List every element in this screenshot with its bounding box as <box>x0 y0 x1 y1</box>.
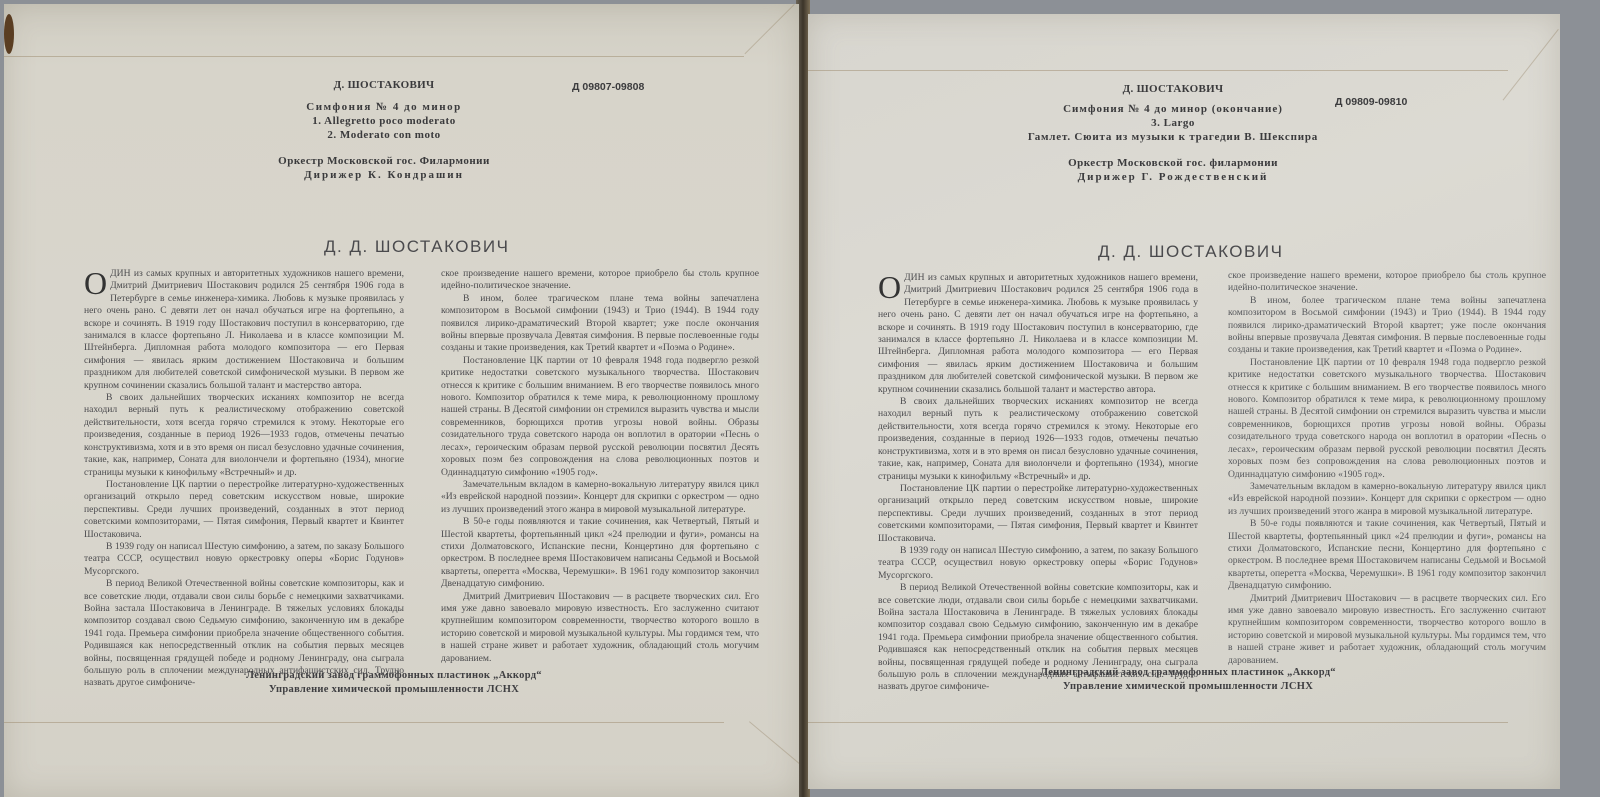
ministry: Управление химической промышленности ЛСН… <box>214 683 574 697</box>
paragraph: Постановление ЦК партии от 10 февраля 19… <box>441 355 759 479</box>
paragraph: Дмитрий Дмитриевич Шостакович — в расцве… <box>1228 593 1546 667</box>
manufacturer: Ленинградский завод граммофонных пластин… <box>214 669 574 683</box>
paragraph: В 1939 году он написал Шестую симфонию, … <box>878 545 1198 582</box>
paragraph: В ином, более трагическом плане тема вой… <box>1228 295 1546 357</box>
catalog-number: Д 09807-09808 <box>572 81 644 93</box>
paragraph: ОДИН из самых крупных и авторитетных худ… <box>878 272 1198 396</box>
article-column-2: ское произведение нашего времени, которо… <box>1228 270 1546 667</box>
paragraph: В своих дальнейших творческих исканиях к… <box>878 396 1198 483</box>
catalog-number: Д 09809-09810 <box>1335 96 1407 108</box>
flap-fold-line <box>808 722 1508 723</box>
flap-fold-line <box>4 56 744 57</box>
movement: 3. Largo <box>1008 116 1338 130</box>
paragraph: В 1939 году он написал Шестую симфонию, … <box>84 541 404 578</box>
orchestra: Оркестр Московской гос. филармонии <box>1008 156 1338 170</box>
paragraph: Замечательным вкладом в камерно-вокальну… <box>1228 481 1546 518</box>
right-record-sleeve: Д. ШОСТАКОВИЧ Симфония № 4 до минор (око… <box>808 14 1560 789</box>
manufacturer-footer: Ленинградский завод граммофонных пластин… <box>214 669 574 697</box>
ministry: Управление химической промышленности ЛСН… <box>1008 680 1368 694</box>
movement: 1. Allegretto poco moderato <box>234 114 534 128</box>
manufacturer-footer: Ленинградский завод граммофонных пластин… <box>1008 666 1368 694</box>
record-header: Д. ШОСТАКОВИЧ Симфония № 4 до минор 1. A… <box>234 78 534 182</box>
paragraph: Дмитрий Дмитриевич Шостакович — в расцве… <box>441 591 759 665</box>
paragraph: Постановление ЦК партии о перестройке ли… <box>84 479 404 541</box>
flap-fold-line <box>808 70 1508 71</box>
stain-mark <box>4 14 14 54</box>
conductor: Дирижер К. Кондрашин <box>234 168 534 182</box>
paragraph: В 50-е годы появляются и такие сочинения… <box>1228 518 1546 592</box>
composer-name: Д. ШОСТАКОВИЧ <box>1008 82 1338 96</box>
paragraph: ОДИН из самых крупных и авторитетных худ… <box>84 268 404 392</box>
corner-crease <box>745 4 795 54</box>
paragraph: Постановление ЦК партии о перестройке ли… <box>878 483 1198 545</box>
article-column-2: ское произведение нашего времени, которо… <box>441 268 759 665</box>
manufacturer: Ленинградский завод граммофонных пластин… <box>1008 666 1368 680</box>
orchestra: Оркестр Московской гос. Филармонии <box>234 154 534 168</box>
paragraph: В ином, более трагическом плане тема вой… <box>441 293 759 355</box>
left-record-sleeve: Д. ШОСТАКОВИЧ Симфония № 4 до минор 1. A… <box>4 4 799 797</box>
work-title: Симфония № 4 до минор <box>234 100 534 114</box>
paragraph: ское произведение нашего времени, которо… <box>441 268 759 293</box>
drop-cap: О <box>84 270 107 296</box>
paragraph: В своих дальнейших творческих исканиях к… <box>84 392 404 479</box>
article-column-1: ОДИН из самых крупных и авторитетных худ… <box>878 272 1198 694</box>
flap-fold-line <box>4 722 724 723</box>
corner-crease <box>1503 29 1559 101</box>
article-column-1: ОДИН из самых крупных и авторитетных худ… <box>84 268 404 690</box>
movement: 2. Moderato con moto <box>234 128 534 142</box>
work-title: Симфония № 4 до минор (окончание) <box>1008 102 1338 116</box>
additional-work: Гамлет. Сюита из музыки к трагедии В. Ше… <box>1008 130 1338 144</box>
record-header: Д. ШОСТАКОВИЧ Симфония № 4 до минор (око… <box>1008 82 1338 184</box>
paragraph: ское произведение нашего времени, которо… <box>1228 270 1546 295</box>
paragraph: Постановление ЦК партии от 10 февраля 19… <box>1228 357 1546 481</box>
article-title: Д. Д. ШОСТАКОВИЧ <box>324 237 509 257</box>
composer-name: Д. ШОСТАКОВИЧ <box>234 78 534 92</box>
paragraph: Замечательным вкладом в камерно-вокальну… <box>441 479 759 516</box>
conductor: Дирижер Г. Рождественский <box>1008 170 1338 184</box>
paragraph: В 50-е годы появляются и такие сочинения… <box>441 516 759 590</box>
article-title: Д. Д. ШОСТАКОВИЧ <box>1098 242 1283 262</box>
drop-cap: О <box>878 274 901 300</box>
corner-crease <box>749 721 799 786</box>
